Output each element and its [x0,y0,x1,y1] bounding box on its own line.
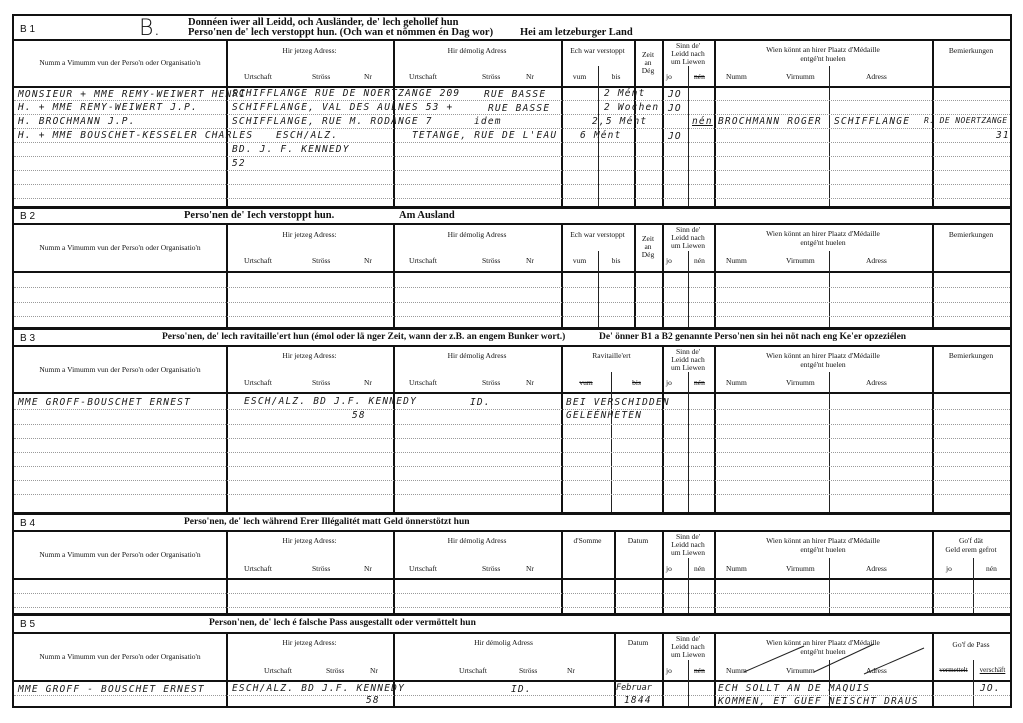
col-medal-header: Wien könnt an hirer Plaatz d'Médaille [714,45,932,54]
col-street: Ströss [312,378,330,387]
entry-current-address-line2: BD. J. F. KENNEDY [232,144,350,155]
section-title: Person'nen, de' lech é falsche Pass ausg… [209,618,476,628]
entry-former-address: ID. [470,397,491,408]
col-no: nén [986,564,997,573]
entry-current-address: SCHIFFLANGE, VAL DES AULNES 53 + [232,102,453,113]
entry-duration: 2 Mént [604,88,646,99]
col-current-address-header: Hir jetzeg Adress: [226,351,393,360]
col-medal-address: Adress [866,72,887,81]
col-to: bis [598,256,634,265]
col-from: vum [561,378,611,387]
entry-former-address: RUE BASSE [484,89,546,100]
col-name-header: Numm a Vimumm vun der Perso'n oder Organ… [14,58,226,67]
col-current-address-header: Hir jetzeg Adress: [226,536,393,545]
col-street: Ströss [326,666,344,675]
section-title: Perso'nen, de' lech während Erer Illégal… [184,517,470,527]
col-medal-header: entgé'nt huelen [714,238,932,247]
entry-name: H. BROCHMANN J.P. [18,116,136,127]
entry-current-address-nr: 58 [352,410,366,421]
col-yes: jo [666,72,672,81]
entry-former-address: ID. [511,684,532,695]
col-locality: Urtschaft [459,666,487,675]
entry-current-address: ESCH/ALZ. BD J.F. KENNEDY [232,683,405,694]
col-street: Ströss [312,256,330,265]
col-locality: Urtschaft [244,564,272,573]
section-b5: B 5 Person'nen, de' lech é falsche Pass … [12,614,1012,708]
section-note: De' önner B1 a B2 genannte Perso'nen sin… [599,332,906,342]
col-street: Ströss [312,72,330,81]
col-name-header: Numm a Vimumm vun der Perso'n oder Organ… [14,550,226,559]
entry-former-address: RUE BASSE [488,103,550,114]
col-pass-rented: vermettelt [934,666,973,675]
col-medal-firstname: Virnumm [786,564,815,573]
col-locality: Urtschaft [244,256,272,265]
col-street: Ströss [482,256,500,265]
col-number: Nr [364,72,372,81]
section-code: B 1 [20,24,35,35]
col-medal-header: Wien könnt an hirer Plaatz d'Médaille [714,229,932,238]
col-name-header: Numm a Vimumm vun der Perso'n oder Organ… [14,652,226,661]
entry-survived-yes: JO [668,131,682,142]
entry-current-address-line3: 52 [232,158,246,169]
section-b1: B 1 B. Donnéen iwer all Leidd, och Auslä… [12,14,1012,208]
col-money-back-header: Go'f dät [932,536,1010,545]
col-number: Nr [526,256,534,265]
col-hidden-header: Ech war verstoppt [561,230,634,239]
col-street: Ströss [482,72,500,81]
col-former-address-header: Hir démolig Adress [393,351,561,360]
col-current-address-header: Hir jetzeg Adress: [226,638,393,647]
entry-remark: KOMMEN, ET GUEF NEISCHT DRAUS [718,696,919,707]
col-former-address-header: Hir démolig Adress [393,638,614,647]
entry-current-address: SCHIFFLANGE, RUE M. RODANGE 7 [232,116,433,127]
col-to: bis [598,72,634,81]
col-name-header: Numm a Vimumm vun der Perso'n oder Organ… [14,365,226,374]
section-b3: B 3 Perso'nen, de' lech ravitaille'ert h… [12,328,1012,514]
entry-medal-firstname: SCHIFFLANGE [834,116,910,127]
entry-current-address: ESCH/ALZ. [276,130,338,141]
section-b4: B 4 Perso'nen, de' lech während Erer Ill… [12,513,1012,615]
col-number: Nr [364,256,372,265]
section-code: B 3 [20,333,35,344]
section-title: Perso'nen de' Iech verstoppt hun. [184,210,334,221]
entry-name: H. + MME BOUSCHET-KESSELER CHARLES [18,130,253,141]
col-locality: Urtschaft [409,256,437,265]
col-number: Nr [370,666,378,675]
col-medal-firstname: Virnumm [786,378,815,387]
entry-current-address-nr: 58 [366,695,380,706]
col-pass-procured: verschäft [973,666,1012,675]
col-medal-address: Adress [866,564,887,573]
col-medal-firstname: Virnumm [786,72,815,81]
col-former-address-header: Hir démolig Adress [393,230,561,239]
col-number: Nr [364,378,372,387]
section-title-line2: Perso'nen de' lech verstoppt hun. (Och w… [188,27,493,38]
entry-survived-yes: JO [668,103,682,114]
col-medal-header: entgé'nt huelen [714,54,932,63]
col-locality: Urtschaft [409,378,437,387]
col-street: Ströss [482,564,500,573]
entry-former-address: TETANGE, RUE DE L'EAU [412,130,557,141]
col-from: vum [561,256,598,265]
entry-medal-name: BROCHMANN ROGER [718,116,822,127]
entry-current-address: ESCH/ALZ. BD J.F. KENNEDY [244,396,417,407]
entry-duration: 2 Wochen [604,102,659,113]
col-yes: jo [666,256,672,265]
col-survived: um Liewen [662,548,714,557]
col-medal-name: Numm [726,256,747,265]
col-medal-address: Adress [866,256,887,265]
entry-supplied: BEI VERSCHIDDEN [566,397,670,408]
col-medal-name: Numm [726,378,747,387]
entry-medal-address: R. DE NOERTZANGE [924,116,1007,125]
col-medal-header: Wien könnt an hirer Plaatz d'Médaille [714,536,932,545]
col-locality: Urtschaft [409,72,437,81]
entry-former-address: idem [474,116,502,127]
entry-medal-address-nr: 31 [996,130,1010,141]
col-locality: Urtschaft [409,564,437,573]
col-amount-header: d'Somme [561,536,614,545]
col-street: Ströss [519,666,537,675]
strike-marks [714,634,932,678]
col-no: nén [694,564,705,573]
col-yes: jo [666,564,672,573]
col-street: Ströss [312,564,330,573]
col-remarks: Bemierkungen [932,230,1010,239]
col-no: nén [694,378,705,387]
entry-current-address: SCHIFFLANGE RUE DE NOERTZANGE 209 [232,88,460,99]
col-medal-name: Numm [726,564,747,573]
entry-name: MONSIEUR + MME REMY-WEIWERT HENRI [18,89,246,100]
entry-survived-yes: JO [668,89,682,100]
entry-name: MME GROFF-BOUSCHET ERNEST [18,397,191,408]
col-number: Nr [526,72,534,81]
col-yes: jo [666,666,672,675]
col-hidden-header: Ech war verstoppt [561,46,634,55]
col-no: nén [694,72,705,81]
section-location: Hei am letzeburger Land [520,27,633,38]
entry-duration: 2,5 Mént [592,116,647,127]
col-time: Dég [634,250,662,259]
col-current-address-header: Hir jetzeg Adress: [226,46,393,55]
col-locality: Urtschaft [244,378,272,387]
col-number: Nr [364,564,372,573]
col-yes: jo [666,378,672,387]
col-money-back-header: Geld erem gefrot [932,545,1010,554]
col-remarks: Bemierkungen [932,46,1010,55]
col-no: nén [694,256,705,265]
col-yes: jo [946,564,952,573]
section-code: B 4 [20,518,35,529]
section-location: Am Ausland [399,210,455,221]
section-code: B 2 [20,211,35,222]
entry-pass-procured: JO. [980,683,1001,694]
col-former-address-header: Hir démolig Adress [393,46,561,55]
col-no: nén [694,666,705,675]
entry-duration: 6 Mént [580,130,622,141]
col-medal-header: Wien könnt an hirer Plaatz d'Médaille [714,351,932,360]
col-current-address-header: Hir jetzeg Adress: [226,230,393,239]
col-street: Ströss [482,378,500,387]
entry-name: H. + MME REMY-WEIWERT J.P. [18,102,198,113]
entry-supplied: GELEÉNHETEN [566,410,642,421]
col-medal-header: entgé'nt huelen [714,545,932,554]
col-survived: um Liewen [662,57,714,66]
entry-date: 1844 [624,695,652,706]
col-pass-back-header: Go'f de Pass [932,640,1010,649]
col-name-header: Numm a Vimumm vun der Perso'n oder Organ… [14,243,226,252]
col-survived: um Liewen [662,650,714,659]
col-remarks: Bemierkungen [932,351,1010,360]
col-locality: Urtschaft [264,666,292,675]
section-b2: B 2 Perso'nen de' Iech verstoppt hun. Am… [12,207,1012,329]
entry-name: MME GROFF - BOUSCHET ERNEST [18,684,205,695]
col-survived: um Liewen [662,241,714,250]
col-medal-name: Numm [726,72,747,81]
col-former-address-header: Hir démolig Adress [393,536,561,545]
col-number: Nr [567,666,575,675]
col-medal-firstname: Virnumm [786,256,815,265]
section-title: Perso'nen, de' lech ravitaille'ert hun (… [162,332,565,342]
col-survived: um Liewen [662,363,714,372]
col-time: Dég [634,66,662,75]
col-number: Nr [526,564,534,573]
col-number: Nr [526,378,534,387]
col-supplied-header: Ravitaille'ert [561,351,662,360]
entry-remark: ECH SOLLT AN DE MAQUIS [718,683,870,694]
entry-date: Februar [616,683,652,693]
entry-survived-no: nén [692,116,713,127]
col-locality: Urtschaft [244,72,272,81]
col-medal-address: Adress [866,378,887,387]
col-date-header: Datum [614,536,662,545]
col-to: bis [611,378,662,387]
col-medal-header: entgé'nt huelen [714,360,932,369]
section-code: B 5 [20,619,35,630]
col-date-header: Datum [614,638,662,647]
form-letter: B. [139,16,160,41]
col-from: vum [561,72,598,81]
